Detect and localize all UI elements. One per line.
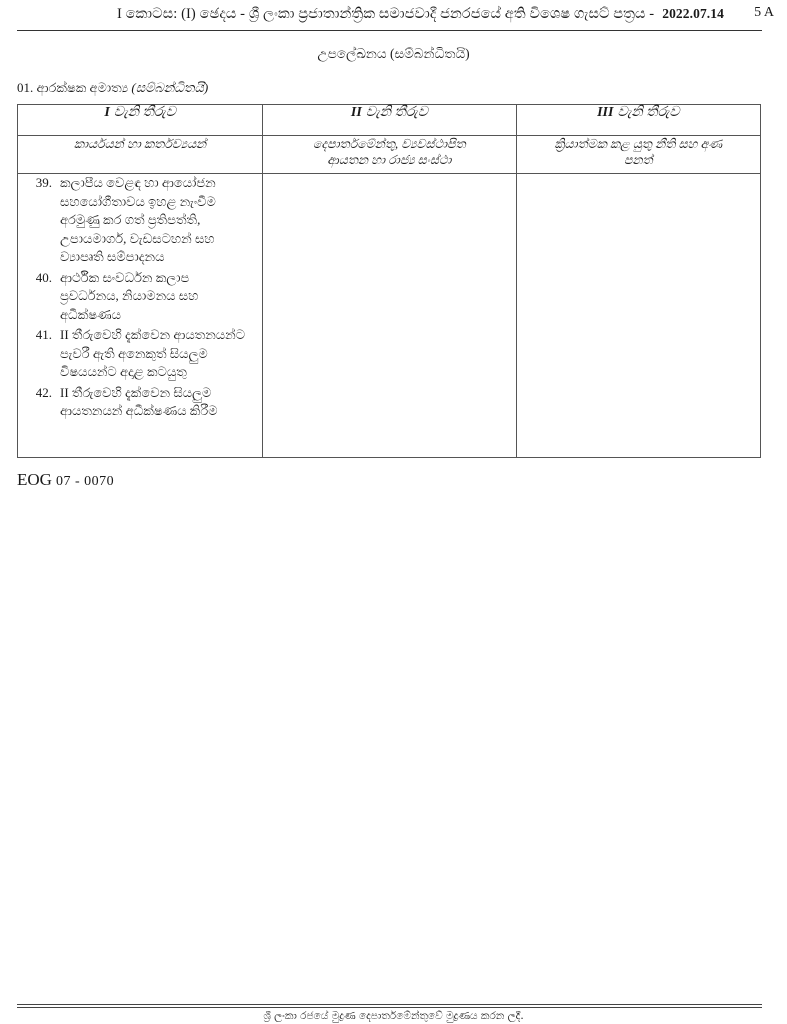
item-text: කලාපීය වෙළඳ හා ආයෝජන සහයෝගීතාවය ඉහළ නැංව… bbox=[60, 174, 262, 267]
column-header-2: IIවැනි තීරුව bbox=[263, 105, 516, 136]
column-header-row: Iවැනි තීරුව IIවැනි තීරුව IIIවැනි තීරුව bbox=[18, 105, 761, 136]
ministry-name: ආරක්ෂක අමාත්‍ය bbox=[37, 80, 129, 95]
item-text: ආර්ථික සංවර්ධන කලාප ප්‍රවර්ධනය, නියාමනය … bbox=[60, 269, 262, 325]
item-number: 39. bbox=[18, 174, 60, 267]
list-item: 39. කලාපීය වෙළඳ හා ආයෝජන සහයෝගීතාවය ඉහළ … bbox=[18, 174, 262, 267]
ministry-heading: 01. ආරක්ෂක අමාත්‍ය (සම්බන්ධිතයි) bbox=[17, 80, 208, 96]
list-item: 40. ආර්ථික සංවර්ධන කලාප ප්‍රවර්ධනය, නියා… bbox=[18, 269, 262, 325]
institutions-cell bbox=[263, 174, 516, 458]
section-title: උපලේඛනය (සම්බන්ධිතයි) bbox=[0, 46, 787, 62]
column-subheading-3: ක්‍රියාත්මක කළ යුතු නීති සහ අණ පනත් bbox=[516, 136, 760, 174]
laws-cell bbox=[516, 174, 760, 458]
print-code-prefix: EOG bbox=[17, 470, 52, 489]
column-header-3: IIIවැනි තීරුව bbox=[516, 105, 760, 136]
page-number: 5 A bbox=[754, 5, 774, 21]
item-number: 41. bbox=[18, 326, 60, 382]
gazette-title-line: I කොටස: (I) ඡෙදය - ශ්‍රී ලංකා ප්‍රජාතාන්… bbox=[117, 6, 724, 23]
ministry-note: (සම්බන්ධිතයි) bbox=[131, 80, 208, 95]
schedule-table: Iවැනි තීරුව IIවැනි තීරුව IIIවැනි තීරුව ක… bbox=[17, 104, 761, 458]
item-number: 42. bbox=[18, 384, 60, 421]
item-text: II තීරුවෙහි දැක්වෙන ආයතනයන්ට පැවරී ඇති අ… bbox=[60, 326, 262, 382]
column-subheading-row: කාර්යයන් හා කර්තව්‍යයන් දෙපාර්තමේන්තු, ව… bbox=[18, 136, 761, 174]
printer-imprint: ශ්‍රී ලංකා රජයේ මුද්‍රණ දෙපාර්තමේන්තුවේ … bbox=[0, 1010, 787, 1023]
functions-cell: 39. කලාපීය වෙළඳ හා ආයෝජන සහයෝගීතාවය ඉහළ … bbox=[18, 174, 263, 458]
list-item: 42. II තීරුවෙහි දැක්වෙන සියලුම ආයතනයන් අ… bbox=[18, 384, 262, 421]
item-text: II තීරුවෙහි දැක්වෙන සියලුම ආයතනයන් අධීක්… bbox=[60, 384, 262, 421]
print-code: EOG07 - 0070 bbox=[17, 470, 114, 490]
list-item: 41. II තීරුවෙහි දැක්වෙන ආයතනයන්ට පැවරී ඇ… bbox=[18, 326, 262, 382]
gazette-title: I කොටස: (I) ඡෙදය - ශ්‍රී ලංකා ප්‍රජාතාන්… bbox=[117, 6, 654, 22]
footer-rule-bottom bbox=[17, 1007, 762, 1008]
item-number: 40. bbox=[18, 269, 60, 325]
print-code-number: 07 - 0070 bbox=[56, 474, 114, 489]
header-rule bbox=[17, 30, 762, 31]
footer-rule-top bbox=[17, 1004, 762, 1005]
column-header-1: Iවැනි තීරුව bbox=[18, 105, 263, 136]
ministry-number: 01. bbox=[17, 80, 33, 95]
column-subheading-2: දෙපාර්තමේන්තු, ව්‍යවස්ථාපිත ආයතන හා රාජ්… bbox=[263, 136, 516, 174]
column-subheading-1: කාර්යයන් හා කර්තව්‍යයන් bbox=[18, 136, 263, 174]
gazette-date: 2022.07.14 bbox=[662, 6, 724, 21]
running-header: I කොටස: (I) ඡෙදය - ශ්‍රී ලංකා ප්‍රජාතාන්… bbox=[17, 4, 762, 26]
table-body-row: 39. කලාපීය වෙළඳ හා ආයෝජන සහයෝගීතාවය ඉහළ … bbox=[18, 174, 761, 458]
